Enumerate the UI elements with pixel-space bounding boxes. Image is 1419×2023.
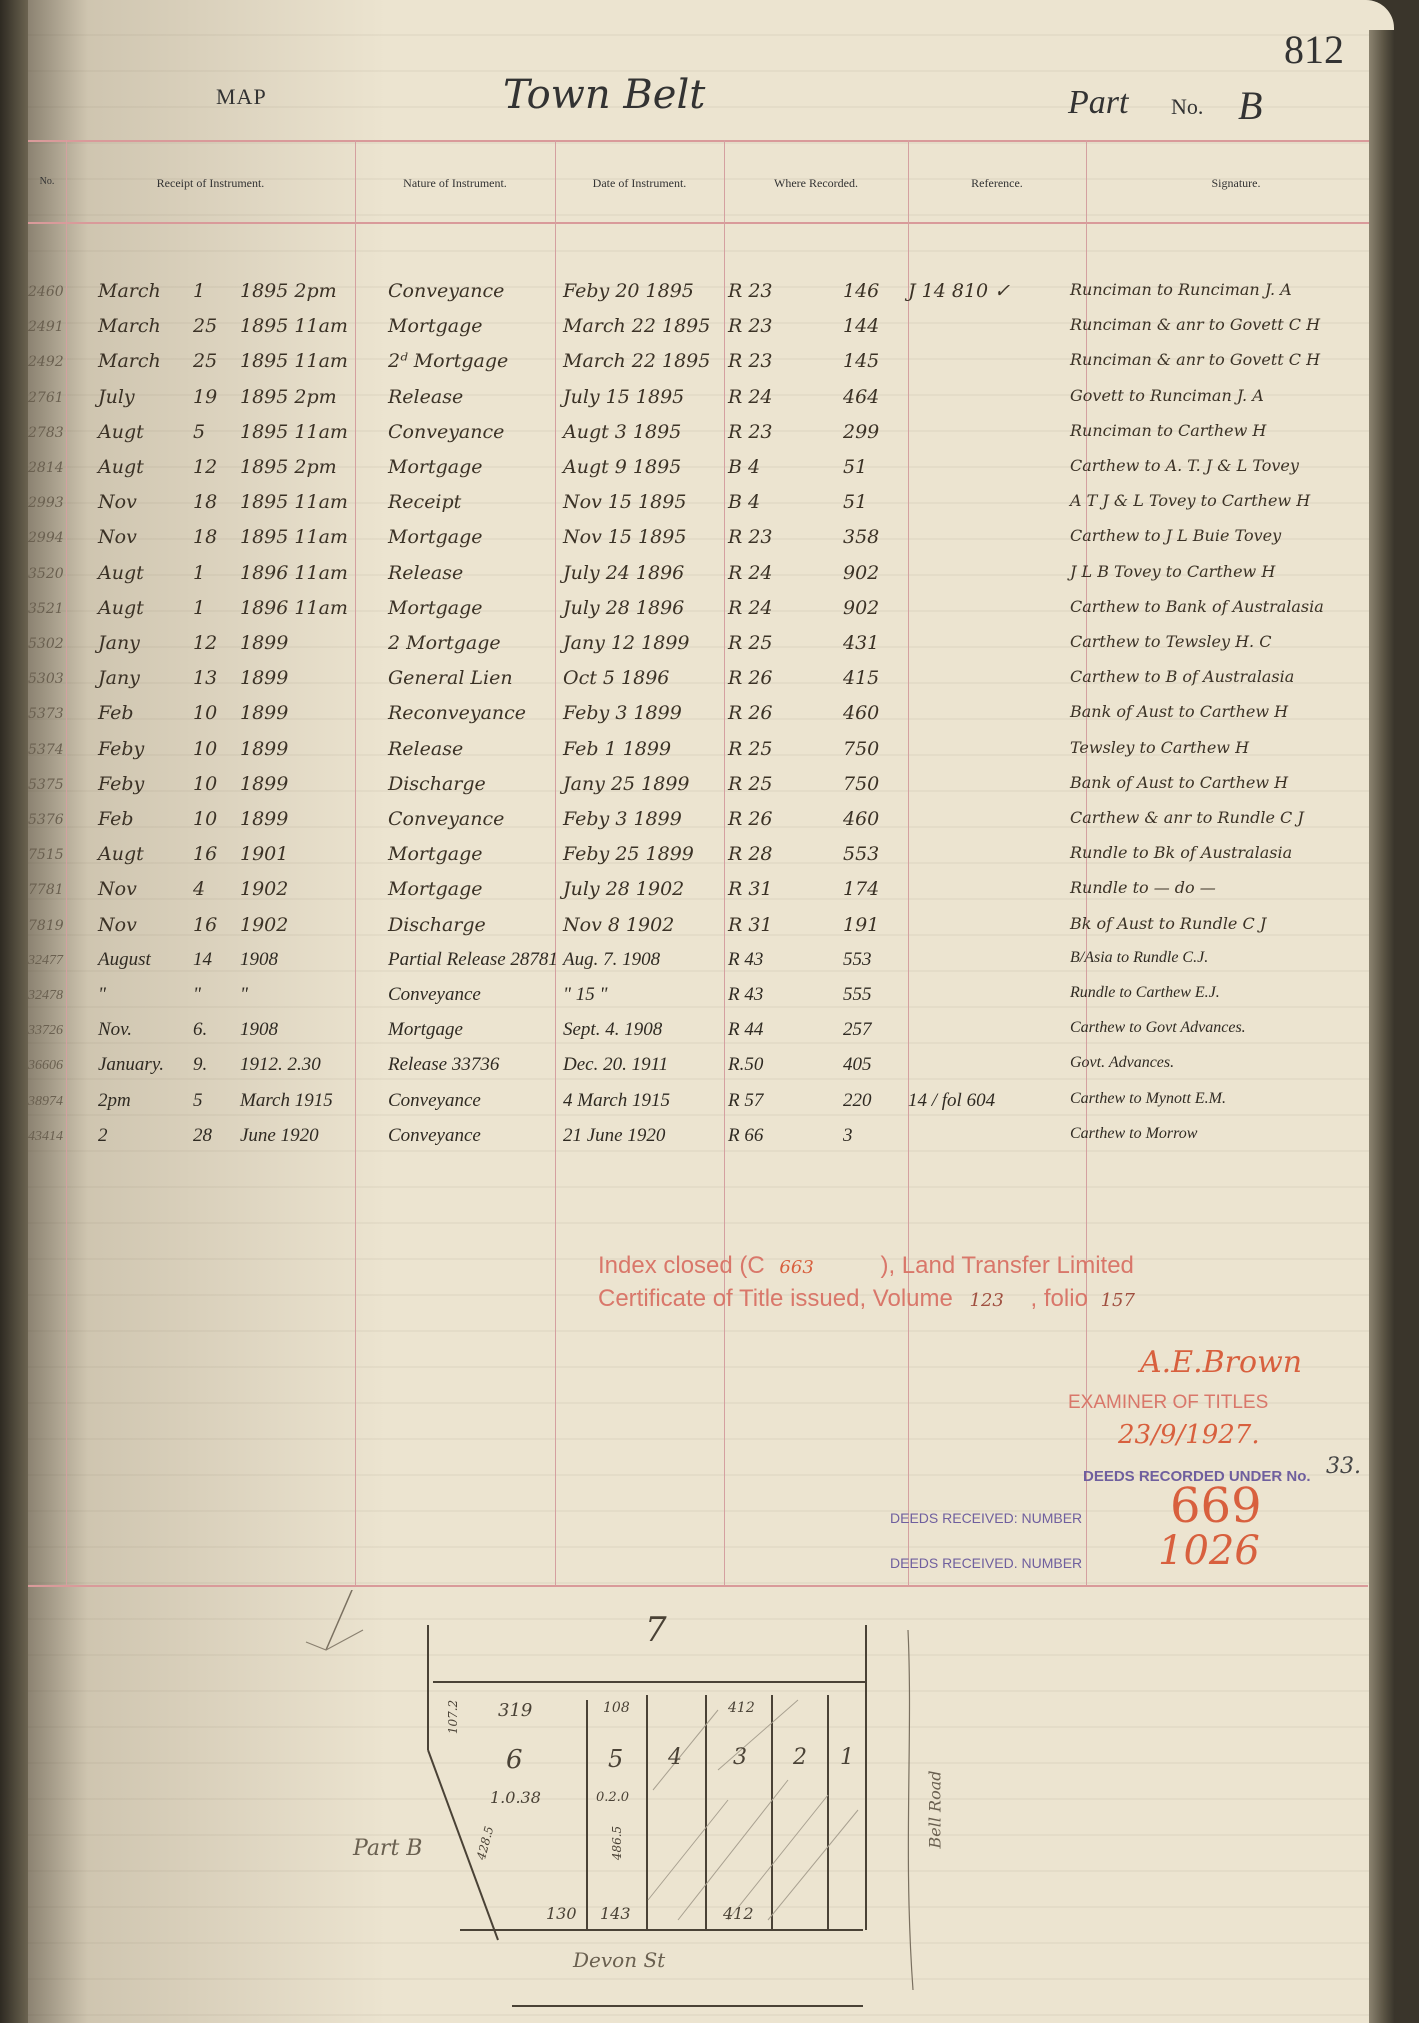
entry-number: 7819: [28, 918, 88, 934]
north-arrow-shaft: [326, 1590, 404, 1650]
recorded-book: R 23: [728, 526, 773, 548]
signature: B/Asia to Rundle C.J.: [1070, 949, 1208, 967]
table-row: 2761July191895 2pmReleaseJuly 15 1895R 2…: [28, 382, 1394, 416]
plan-bottom-dim-130: 130: [546, 1904, 577, 1923]
receipt-month: Feby: [98, 773, 144, 795]
table-row: 7515Augt161901MortgageFeby 25 1899R 2855…: [28, 839, 1394, 873]
entry-number: 2814: [28, 460, 88, 476]
recorded-folio: 555: [843, 984, 872, 1006]
part-label: Part: [1068, 84, 1128, 122]
signature: Runciman & anr to Govett C H: [1070, 350, 1320, 369]
entry-number: 2460: [28, 284, 88, 300]
recorded-book: R.50: [728, 1054, 763, 1076]
instrument-nature: Mortgage: [388, 597, 483, 619]
instrument-date: July 28 1896: [563, 597, 684, 619]
signature: Carthew to Bank of Australasia: [1070, 597, 1324, 616]
receipt-day: 6.: [193, 1019, 207, 1041]
instrument-nature: 2ᵈ Mortgage: [388, 350, 508, 372]
signature: Rundle to Carthew E.J.: [1070, 984, 1220, 1002]
recorded-folio: 144: [843, 315, 879, 337]
recorded-book: R 23: [728, 280, 773, 302]
recorded-folio: 257: [843, 1019, 872, 1041]
entry-number: 7781: [28, 882, 88, 898]
instrument-date: Jany 12 1899: [563, 632, 690, 654]
instrument-date: 21 June 1920: [563, 1125, 665, 1147]
receipt-month: 2: [98, 1125, 108, 1147]
instrument-date: Oct 5 1896: [563, 667, 669, 689]
recorded-book: B 4: [728, 491, 760, 513]
receipt-day: 1: [193, 597, 205, 619]
instrument-date: Aug. 7. 1908: [563, 949, 660, 971]
instrument-nature: Mortgage: [388, 1019, 463, 1041]
receipt-year-time: 1899: [240, 632, 288, 654]
reference: J 14 810 ✓: [908, 280, 1010, 302]
header-bottom-rule: [28, 222, 1394, 224]
map-name: Town Belt: [503, 72, 705, 118]
instrument-date: Feby 3 1899: [563, 702, 682, 724]
instrument-date: Augt 3 1895: [563, 421, 681, 443]
instrument-date: Jany 25 1899: [563, 773, 690, 795]
table-row: 7819Nov161902DischargeNov 8 1902R 31191B…: [28, 910, 1394, 944]
recorded-folio: 174: [843, 878, 879, 900]
recorded-folio: 299: [843, 421, 879, 443]
plan-lot-5: 5: [608, 1745, 623, 1773]
entry-number: 33726: [28, 1023, 88, 1039]
recorded-folio: 460: [843, 808, 879, 830]
table-row: 3521Augt11896 11amMortgageJuly 28 1896R …: [28, 593, 1394, 627]
receipt-day: 5: [193, 421, 205, 443]
receipt-month: March: [98, 350, 161, 372]
instrument-nature: Conveyance: [388, 1090, 481, 1112]
signature: Rundle to Bk of Australasia: [1070, 843, 1292, 862]
instrument-nature: Conveyance: [388, 984, 481, 1006]
signature: Bk of Aust to Rundle C J: [1070, 914, 1266, 933]
recorded-folio: 431: [843, 632, 879, 654]
plan-left-dim: 107.2: [446, 1700, 460, 1734]
receipt-year-time: 1896 11am: [240, 562, 348, 584]
instrument-nature: General Lien: [388, 667, 513, 689]
receipt-year-time: 1899: [240, 667, 288, 689]
folio-number: 157: [1101, 1290, 1135, 1311]
receipt-day: 18: [193, 526, 217, 548]
table-row: 5303Jany131899General LienOct 5 1896R 26…: [28, 663, 1394, 697]
header-top-rule: [28, 140, 1394, 142]
receipt-year-time: 1895 11am: [240, 315, 348, 337]
entry-number: 36606: [28, 1058, 88, 1074]
entry-number: 38974: [28, 1094, 88, 1110]
instrument-date: Sept. 4. 1908: [563, 1019, 662, 1041]
receipt-year-time: March 1915: [240, 1090, 333, 1112]
receipt-year-time: 1895 11am: [240, 491, 348, 513]
recorded-book: R 25: [728, 738, 773, 760]
volume-number: 123: [970, 1290, 1004, 1311]
col-header-no: No.: [28, 176, 66, 187]
instrument-date: Feby 25 1899: [563, 843, 694, 865]
deeds-recorded-number: 33.: [1326, 1454, 1361, 1479]
receipt-day: 19: [193, 386, 217, 408]
plan-top-lot: 7: [645, 1610, 667, 1650]
plan-top-dim-412: 412: [728, 1700, 755, 1716]
recorded-book: R 57: [728, 1090, 763, 1112]
receipt-year-time: 1899: [240, 738, 288, 760]
instrument-date: Feby 20 1895: [563, 280, 694, 302]
table-row: 2460March11895 2pmConveyanceFeby 20 1895…: [28, 276, 1394, 310]
instrument-date: Nov 15 1895: [563, 526, 686, 548]
instrument-nature: Mortgage: [388, 526, 483, 548]
plan-lot-2: 2: [793, 1745, 807, 1770]
signature: Runciman & anr to Govett C H: [1070, 315, 1320, 334]
receipt-month: Augt: [98, 597, 144, 619]
recorded-book: R 31: [728, 914, 773, 936]
instrument-date: Feby 3 1899: [563, 808, 682, 830]
entry-number: 5373: [28, 706, 88, 722]
receipt-day: 10: [193, 773, 217, 795]
receipt-year-time: 1895 11am: [240, 350, 348, 372]
table-row: 2994Nov181895 11amMortgageNov 15 1895R 2…: [28, 522, 1394, 556]
table-row: 2814Augt121895 2pmMortgageAugt 9 1895B 4…: [28, 452, 1394, 486]
receipt-day: 10: [193, 808, 217, 830]
signature: Carthew & anr to Rundle C J: [1070, 808, 1304, 827]
instrument-date: July 15 1895: [563, 386, 684, 408]
recorded-folio: 358: [843, 526, 879, 548]
receipt-year-time: 1899: [240, 808, 288, 830]
instrument-nature: Conveyance: [388, 421, 504, 443]
table-row: 43414228June 1920Conveyance21 June 1920R…: [28, 1121, 1394, 1155]
table-row: 5373Feb101899ReconveyanceFeby 3 1899R 26…: [28, 698, 1394, 732]
recorded-book: R 23: [728, 421, 773, 443]
signature: Rundle to — do —: [1070, 878, 1216, 897]
ledger-page: 812 MAP Town Belt Part No. B No. Receipt…: [28, 0, 1394, 2023]
instrument-nature: Reconveyance: [388, 702, 526, 724]
receipt-year-time: June 1920: [240, 1125, 319, 1147]
receipt-year-time: ": [240, 984, 248, 1006]
receipt-day: ": [193, 984, 201, 1006]
table-row: 5374Feby101899ReleaseFeb 1 1899R 25750Te…: [28, 734, 1394, 768]
receipt-day: 4: [193, 878, 205, 900]
instrument-date: Dec. 20. 1911: [563, 1054, 668, 1076]
receipt-month: Augt: [98, 421, 144, 443]
signature: Runciman to Carthew H: [1070, 421, 1266, 440]
deeds-received-number-1: 669: [1170, 1478, 1262, 1534]
instrument-nature: Partial Release 28781: [388, 949, 558, 971]
entry-number: 43414: [28, 1129, 88, 1145]
table-row: 2492March251895 11am2ᵈ MortgageMarch 22 …: [28, 346, 1394, 380]
receipt-day: 16: [193, 914, 217, 936]
signature: Govett to Runciman J. A: [1070, 386, 1264, 405]
receipt-year-time: 1912. 2.30: [240, 1054, 321, 1076]
recorded-folio: 750: [843, 738, 879, 760]
recorded-folio: 750: [843, 773, 879, 795]
receipt-month: Nov: [98, 878, 137, 900]
instrument-nature: Release 33736: [388, 1054, 499, 1076]
receipt-year-time: 1899: [240, 702, 288, 724]
receipt-month: March: [98, 315, 161, 337]
recorded-book: R 24: [728, 597, 773, 619]
entry-number: 5303: [28, 671, 88, 687]
recorded-folio: 145: [843, 350, 879, 372]
instrument-nature: Release: [388, 738, 463, 760]
signature: Carthew to Govt Advances.: [1070, 1019, 1246, 1037]
plan-lot-4: 4: [668, 1745, 682, 1770]
examiner-date: 23/9/1927.: [1118, 1420, 1260, 1450]
recorded-folio: 3: [843, 1125, 853, 1147]
receipt-day: 1: [193, 562, 205, 584]
lot-plan-sketch: [28, 1590, 1394, 2023]
receipt-day: 13: [193, 667, 217, 689]
recorded-folio: 51: [843, 456, 867, 478]
plan-top-dim-319: 319: [498, 1700, 532, 1721]
part-number: B: [1238, 82, 1262, 129]
entry-number: 2491: [28, 319, 88, 335]
recorded-book: R 26: [728, 667, 773, 689]
receipt-day: 25: [193, 315, 217, 337]
signature: Carthew to B of Australasia: [1070, 667, 1294, 686]
recorded-book: B 4: [728, 456, 760, 478]
recorded-book: R 23: [728, 315, 773, 337]
receipt-year-time: 1895 11am: [240, 526, 348, 548]
instrument-nature: 2 Mortgage: [388, 632, 501, 654]
signature: J L B Tovey to Carthew H: [1070, 562, 1275, 581]
receipt-day: 12: [193, 456, 217, 478]
signature: Govt. Advances.: [1070, 1054, 1174, 1072]
table-row: 5375Feby101899DischargeJany 25 1899R 257…: [28, 769, 1394, 803]
receipt-year-time: 1896 11am: [240, 597, 348, 619]
plan-lot-1: 1: [840, 1745, 854, 1770]
entry-number: 2994: [28, 530, 88, 546]
receipt-month: Jany: [98, 632, 140, 654]
receipt-day: 10: [193, 702, 217, 724]
table-row: 7781Nov41902MortgageJuly 28 1902R 31174R…: [28, 874, 1394, 908]
recorded-folio: 553: [843, 949, 872, 971]
signature: Tewsley to Carthew H: [1070, 738, 1249, 757]
table-bottom-rule: [28, 1585, 1368, 1587]
signature: Carthew to Tewsley H. C: [1070, 632, 1271, 651]
recorded-book: R 25: [728, 632, 773, 654]
table-row: 32477August141908Partial Release 28781Au…: [28, 945, 1394, 979]
entry-number: 5375: [28, 777, 88, 793]
recorded-book: R 43: [728, 949, 763, 971]
receipt-month: January.: [98, 1054, 164, 1076]
recorded-folio: 51: [843, 491, 867, 513]
plan-area-lot-5: 0.2.0: [596, 1790, 629, 1805]
recorded-folio: 415: [843, 667, 879, 689]
signature: A T J & L Tovey to Carthew H: [1070, 491, 1310, 510]
col-header-signature: Signature.: [1086, 176, 1386, 191]
instrument-nature: Mortgage: [388, 315, 483, 337]
col-header-where: Where Recorded.: [724, 176, 908, 191]
deeds-received-number-2: 1026: [1158, 1528, 1260, 1574]
table-row: 3520Augt11896 11amReleaseJuly 24 1896R 2…: [28, 558, 1394, 592]
receipt-month: Augt: [98, 843, 144, 865]
instrument-date: Augt 9 1895: [563, 456, 681, 478]
receipt-month: August: [98, 949, 151, 971]
examiner-signature: A.E.Brown: [1140, 1345, 1302, 1380]
plan-side-label: Part B: [353, 1836, 422, 1861]
receipt-year-time: 1902: [240, 914, 288, 936]
receipt-day: 9.: [193, 1054, 207, 1076]
plan-bottom-dim-412: 412: [723, 1904, 754, 1923]
instrument-nature: Mortgage: [388, 456, 483, 478]
index-closed-stamp: Index closed (C 663 ), Land Transfer Lim…: [598, 1252, 1134, 1280]
entry-number: 5374: [28, 742, 88, 758]
reference: 14 / fol 604: [908, 1090, 995, 1112]
instrument-nature: Mortgage: [388, 878, 483, 900]
instrument-nature: Mortgage: [388, 843, 483, 865]
instrument-date: Nov 8 1902: [563, 914, 674, 936]
plan-area-lot-6: 1.0.38: [490, 1788, 541, 1807]
plan-lot-3: 3: [733, 1745, 747, 1770]
plan-top-dim-108: 108: [603, 1700, 630, 1716]
recorded-folio: 405: [843, 1054, 872, 1076]
receipt-year-time: 1895 11am: [240, 421, 348, 443]
plan-street-label: Devon St: [573, 1948, 665, 1972]
col-header-receipt: Receipt of Instrument.: [66, 176, 355, 191]
table-row: 32478"""Conveyance" 15 "R 43555Rundle to…: [28, 980, 1394, 1014]
table-row: 2783Augt51895 11amConveyanceAugt 3 1895R…: [28, 417, 1394, 451]
instrument-nature: Release: [388, 562, 463, 584]
entry-number: 3520: [28, 566, 88, 582]
plan-road-label: Bell Road: [926, 1770, 945, 1848]
instrument-date: March 22 1895: [563, 315, 710, 337]
recorded-folio: 464: [843, 386, 879, 408]
recorded-book: R 44: [728, 1019, 763, 1041]
signature: Carthew to Mynott E.M.: [1070, 1090, 1226, 1108]
receipt-day: 18: [193, 491, 217, 513]
entry-number: 5302: [28, 636, 88, 652]
table-row: 36606January.9.1912. 2.30Release 33736De…: [28, 1050, 1394, 1084]
receipt-month: Nov: [98, 526, 137, 548]
recorded-book: R 26: [728, 808, 773, 830]
recorded-book: R 25: [728, 773, 773, 795]
page-number: 812: [1284, 26, 1344, 73]
index-closed-text: Index closed (C: [598, 1252, 765, 1279]
certificate-text: Certificate of Title issued, Volume: [598, 1285, 953, 1312]
receipt-month: Feb: [98, 808, 134, 830]
table-row: 33726Nov.6.1908MortgageSept. 4. 1908R 44…: [28, 1015, 1394, 1049]
examiner-of-titles-stamp: EXAMINER OF TITLES: [1068, 1392, 1268, 1414]
recorded-folio: 220: [843, 1090, 872, 1112]
page-edge: [1369, 30, 1394, 2023]
receipt-month: 2pm: [98, 1090, 131, 1112]
recorded-folio: 460: [843, 702, 879, 724]
instrument-nature: Conveyance: [388, 1125, 481, 1147]
receipt-day: 25: [193, 350, 217, 372]
table-row: 5302Jany1218992 MortgageJany 12 1899R 25…: [28, 628, 1394, 662]
land-transfer-text: ), Land Transfer Limited: [880, 1252, 1133, 1279]
entry-number: 5376: [28, 812, 88, 828]
map-label: MAP: [216, 84, 267, 110]
receipt-month: Nov: [98, 914, 137, 936]
instrument-nature: Receipt: [388, 491, 461, 513]
recorded-book: R 43: [728, 984, 763, 1006]
receipt-day: 28: [193, 1125, 212, 1147]
receipt-year-time: 1901: [240, 843, 288, 865]
instrument-nature: Conveyance: [388, 280, 504, 302]
receipt-day: 16: [193, 843, 217, 865]
plan-lot-6: 6: [506, 1745, 523, 1775]
instrument-date: 4 March 1915: [563, 1090, 670, 1112]
instrument-date: " 15 ": [563, 984, 607, 1006]
receipt-month: Feby: [98, 738, 144, 760]
signature: Bank of Aust to Carthew H: [1070, 773, 1288, 792]
recorded-folio: 902: [843, 562, 879, 584]
recorded-book: R 24: [728, 386, 773, 408]
instrument-date: March 22 1895: [563, 350, 710, 372]
recorded-book: R 28: [728, 843, 773, 865]
entry-number: 7515: [28, 847, 88, 863]
col-header-date: Date of Instrument.: [555, 176, 724, 191]
instrument-date: Feb 1 1899: [563, 738, 671, 760]
receipt-day: 10: [193, 738, 217, 760]
receipt-month: Feb: [98, 702, 134, 724]
signature: Carthew to J L Buie Tovey: [1070, 526, 1281, 545]
receipt-month: Jany: [98, 667, 140, 689]
table-row: 2491March251895 11amMortgageMarch 22 189…: [28, 311, 1394, 345]
deeds-received-stamp-2: DEEDS RECEIVED. NUMBER: [890, 1555, 1082, 1571]
receipt-month: Augt: [98, 456, 144, 478]
table-row: 389742pm5March 1915Conveyance4 March 191…: [28, 1086, 1394, 1120]
receipt-year-time: 1895 2pm: [240, 386, 337, 408]
entry-number: 2993: [28, 495, 88, 511]
instrument-date: July 24 1896: [563, 562, 684, 584]
entry-number: 2492: [28, 354, 88, 370]
entry-number: 2783: [28, 425, 88, 441]
recorded-book: R 24: [728, 562, 773, 584]
receipt-month: Augt: [98, 562, 144, 584]
recorded-book: R 26: [728, 702, 773, 724]
signature: Carthew to A. T. J & L Tovey: [1070, 456, 1299, 475]
no-label: No.: [1171, 94, 1203, 120]
table-row: 5376Feb101899ConveyanceFeby 3 1899R 2646…: [28, 804, 1394, 838]
signature: Bank of Aust to Carthew H: [1070, 702, 1288, 721]
receipt-day: 1: [193, 280, 205, 302]
instrument-nature: Release: [388, 386, 463, 408]
receipt-year-time: 1895 2pm: [240, 280, 337, 302]
instrument-nature: Discharge: [388, 914, 486, 936]
receipt-year-time: 1899: [240, 773, 288, 795]
folio-label: , folio: [1031, 1285, 1088, 1312]
instrument-nature: Discharge: [388, 773, 486, 795]
deeds-received-stamp-1: DEEDS RECEIVED: NUMBER: [890, 1510, 1082, 1526]
recorded-book: R 31: [728, 878, 773, 900]
entry-number: 32477: [28, 953, 88, 969]
col-header-reference: Reference.: [908, 176, 1086, 191]
entry-number: 3521: [28, 601, 88, 617]
book-gutter: [0, 0, 28, 2023]
entry-number: 32478: [28, 988, 88, 1004]
instrument-date: July 28 1902: [563, 878, 684, 900]
receipt-year-time: 1908: [240, 1019, 278, 1041]
receipt-year-time: 1895 2pm: [240, 456, 337, 478]
receipt-month: Nov.: [98, 1019, 132, 1041]
receipt-month: March: [98, 280, 161, 302]
recorded-folio: 146: [843, 280, 879, 302]
plan-inner-dim: 486.5: [610, 1826, 624, 1860]
recorded-book: R 23: [728, 350, 773, 372]
recorded-folio: 191: [843, 914, 879, 936]
receipt-month: ": [98, 984, 106, 1006]
instrument-date: Nov 15 1895: [563, 491, 686, 513]
index-closed-number: 663: [779, 1257, 813, 1278]
receipt-day: 12: [193, 632, 217, 654]
receipt-month: July: [98, 386, 135, 408]
certificate-stamp: Certificate of Title issued, Volume 123 …: [598, 1285, 1135, 1313]
signature: Runciman to Runciman J. A: [1070, 280, 1292, 299]
recorded-folio: 553: [843, 843, 879, 865]
instrument-nature: Conveyance: [388, 808, 504, 830]
recorded-folio: 902: [843, 597, 879, 619]
receipt-year-time: 1908: [240, 949, 278, 971]
